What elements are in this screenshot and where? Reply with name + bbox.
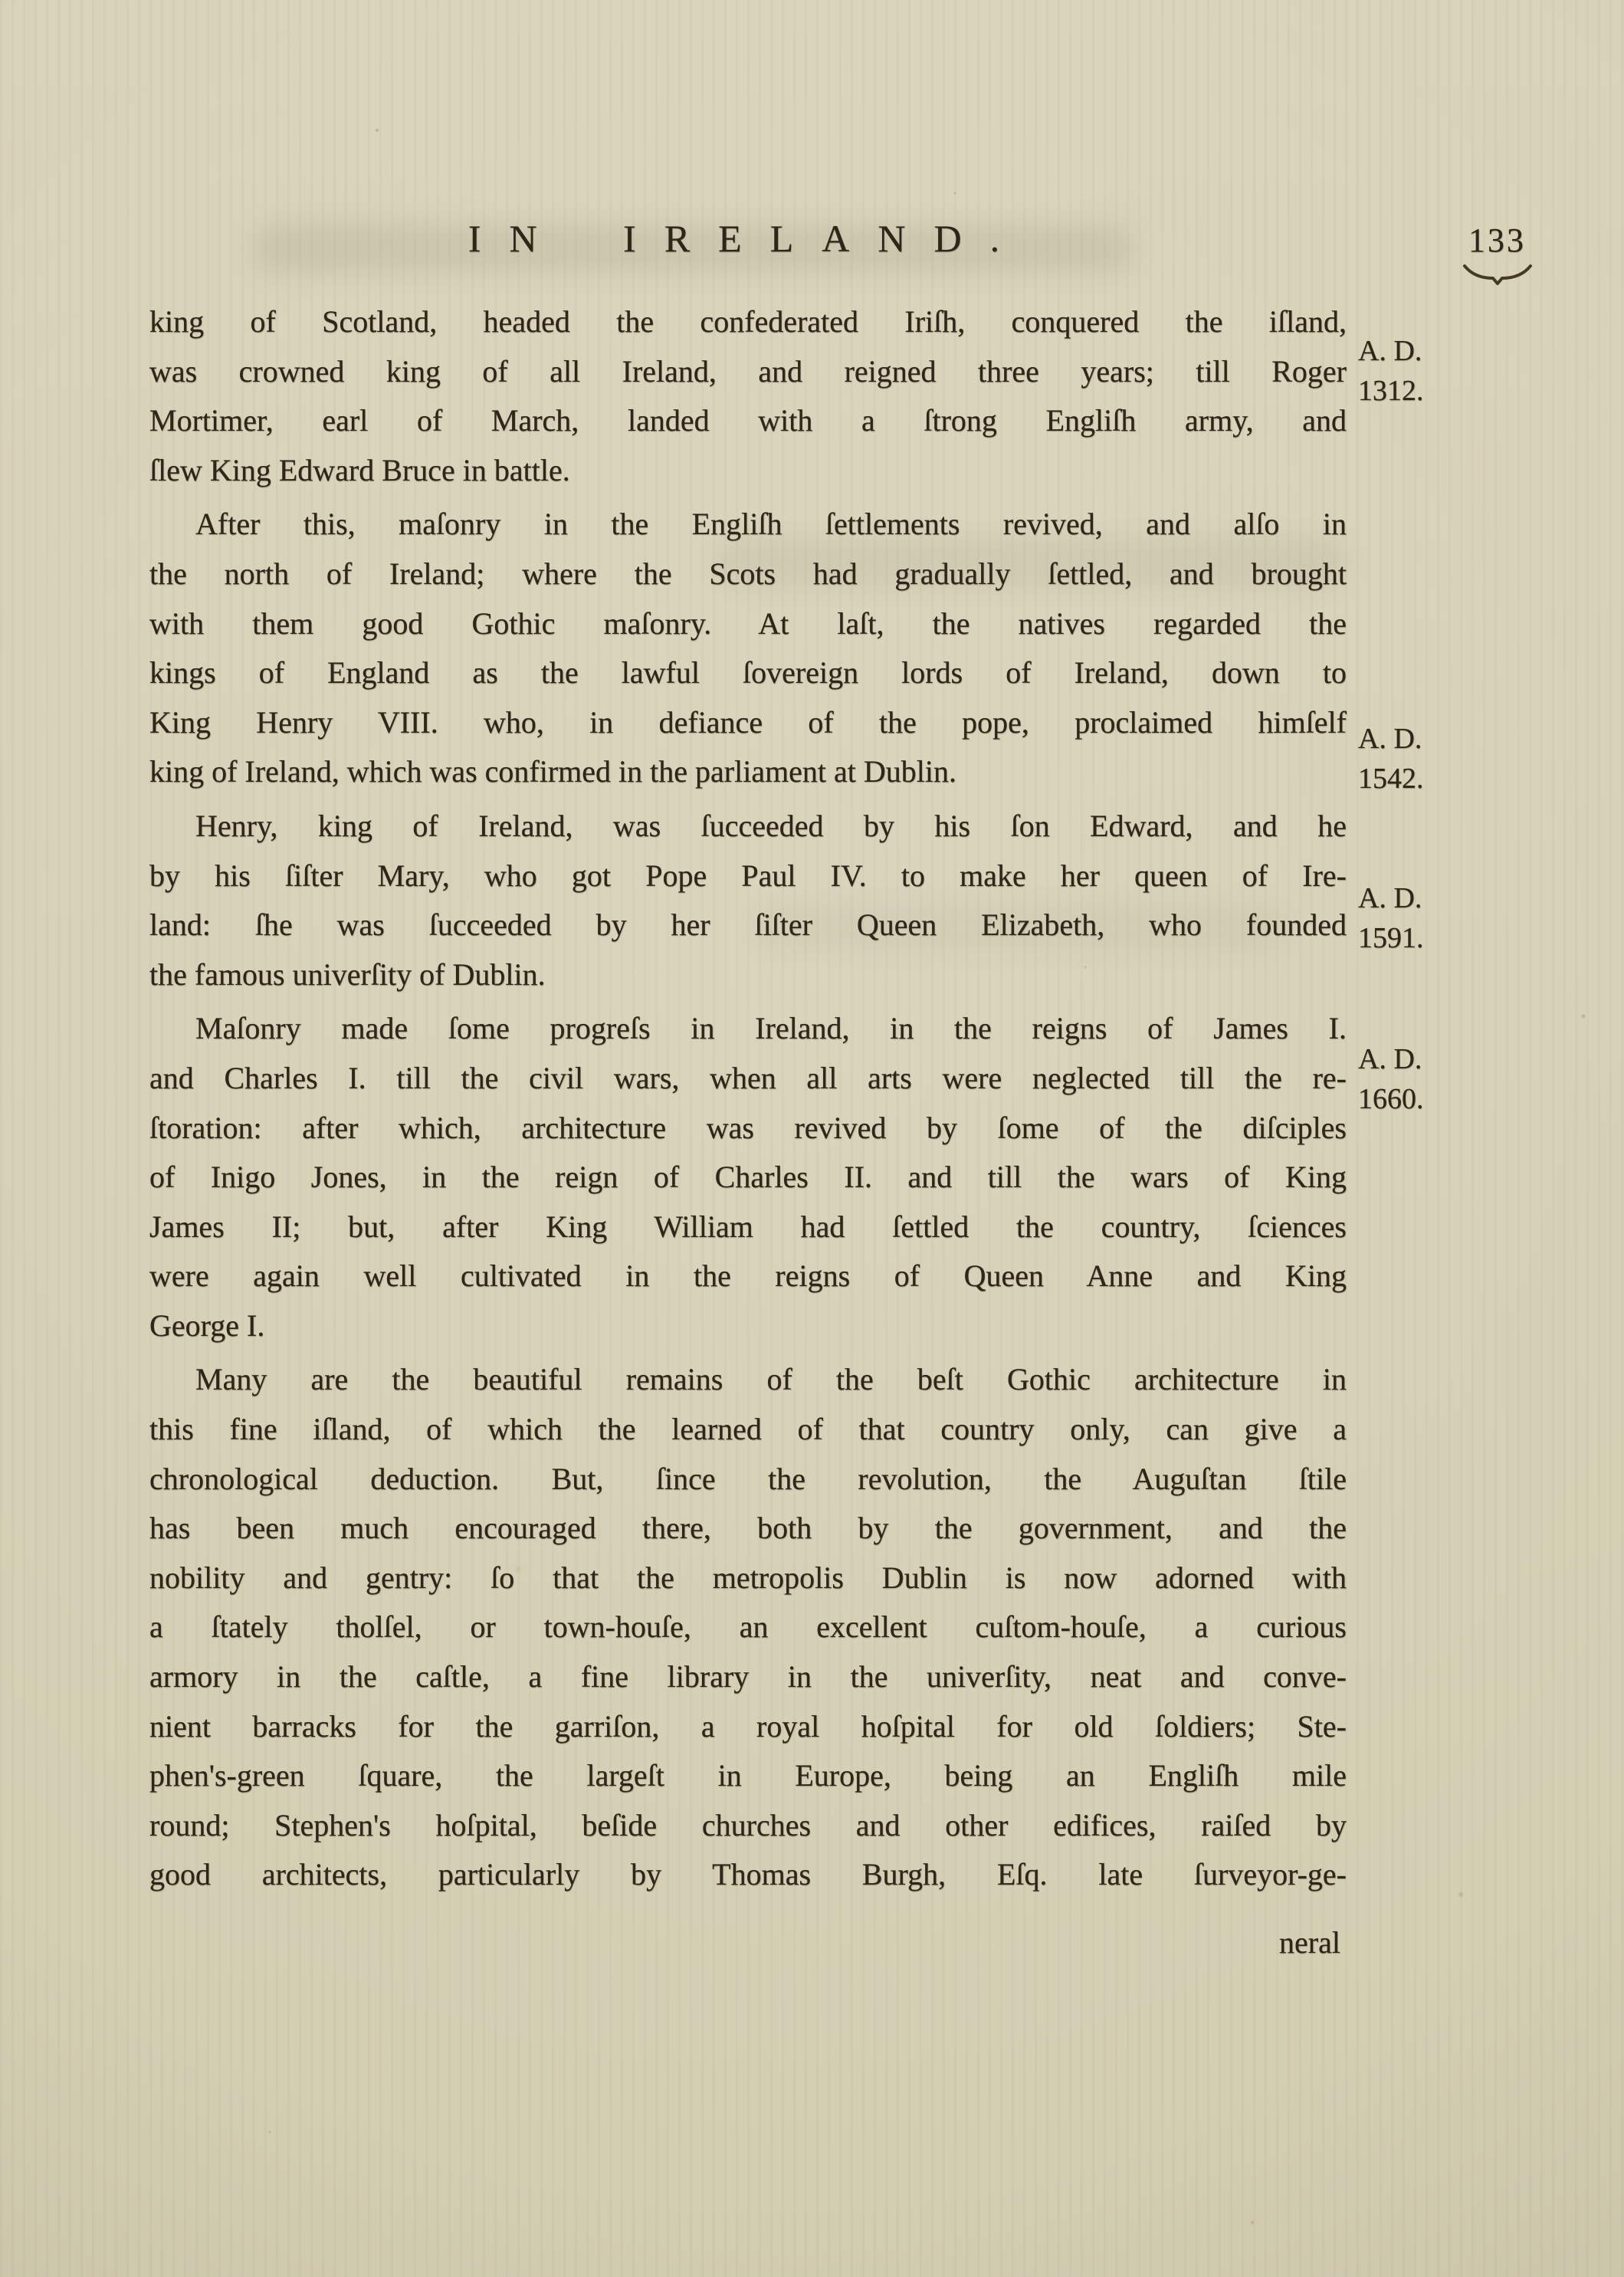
text-line: ſtoration: after which, architecture was… [149,1104,1347,1153]
text-line: round; Stephen's hoſpital, beſide church… [149,1801,1347,1851]
text-line: by his ſiſter Mary, who got Pope Paul IV… [149,851,1347,901]
text-line: King Henry VIII. who, in defiance of the… [149,698,1347,748]
text-block: king of Scotland, headed the confederate… [149,297,1347,1968]
paragraph: Many are the beautiful remains of the be… [149,1355,1347,1900]
text-line: king of Ireland, which was confirmed in … [149,747,1347,797]
paragraph: Maſonry made ſome progreſs in Ireland, i… [149,1004,1347,1350]
margin-note: A. D. 1542. [1358,719,1424,799]
text-line: kings of England as the lawful ſovereign… [149,648,1347,698]
page-number: 133 [1468,221,1537,260]
margin-note: A. D. 1591. [1358,878,1424,958]
text-line: a ſtately tholſel, or town-houſe, an exc… [149,1603,1347,1652]
text-line: Maſonry made ſome progreſs in Ireland, i… [149,1004,1347,1054]
text-line: the north of Ireland; where the Scots ha… [149,550,1347,599]
text-line: armory in the caſtle, a fine library in … [149,1652,1347,1702]
text-line: land: ſhe was ſucceeded by her ſiſter Qu… [149,901,1347,950]
text-line: with them good Gothic maſonry. At laſt, … [149,599,1347,649]
text-line: ſlew King Edward Bruce in battle. [149,446,1347,496]
margin-note-year: 1660. [1358,1079,1424,1119]
text-line: has been much encouraged there, both by … [149,1504,1347,1554]
text-line: this fine iſland, of which the learned o… [149,1405,1347,1455]
running-header: IN IRELAND. [149,216,1347,261]
text-line: nobility and gentry: ſo that the metropo… [149,1554,1347,1603]
text-line: chronological deduction. But, ſince the … [149,1455,1347,1504]
text-line: were again well cultivated in the reigns… [149,1252,1347,1301]
text-line: George I. [149,1301,1347,1351]
paragraph: king of Scotland, headed the confederate… [149,297,1347,495]
margin-note-year: 1542. [1358,759,1424,799]
margin-note-label: A. D. [1358,1039,1424,1079]
text-line: Henry, king of Ireland, was ſucceeded by… [149,802,1347,851]
margin-note-label: A. D. [1358,719,1424,759]
text-line: good architects, particularly by Thomas … [149,1850,1347,1900]
text-line: king of Scotland, headed the confederate… [149,297,1347,347]
margin-note-year: 1591. [1358,918,1424,958]
margin-note: A. D. 1660. [1358,1039,1424,1119]
text-line: Many are the beautiful remains of the be… [149,1355,1347,1405]
margin-note: A. D. 1312. [1358,331,1424,411]
book-page: IN IRELAND. 133 king of Scotland, headed… [0,0,1624,2277]
text-line: and Charles I. till the civil wars, when… [149,1054,1347,1104]
margin-note-label: A. D. [1358,331,1424,371]
margin-note-label: A. D. [1358,878,1424,918]
text-line: was crowned king of all Ireland, and rei… [149,347,1347,397]
paragraph: After this, maſonry in the Engliſh ſettl… [149,500,1347,797]
text-line: After this, maſonry in the Engliſh ſettl… [149,500,1347,550]
text-line: James II; but, after King William had ſe… [149,1202,1347,1252]
text-line: the famous univerſity of Dublin. [149,950,1347,1000]
paragraph: Henry, king of Ireland, was ſucceeded by… [149,802,1347,999]
text-line: nient barracks for the garriſon, a royal… [149,1702,1347,1752]
text-line: Mortimer, earl of March, landed with a ſ… [149,396,1347,446]
text-line: of Inigo Jones, in the reign of Charles … [149,1153,1347,1202]
catchword: neral [149,1918,1347,1968]
page-number-brace-icon [1462,262,1533,285]
margin-note-year: 1312. [1358,371,1424,411]
text-line: phen's-green ſquare, the largeſt in Euro… [149,1751,1347,1801]
